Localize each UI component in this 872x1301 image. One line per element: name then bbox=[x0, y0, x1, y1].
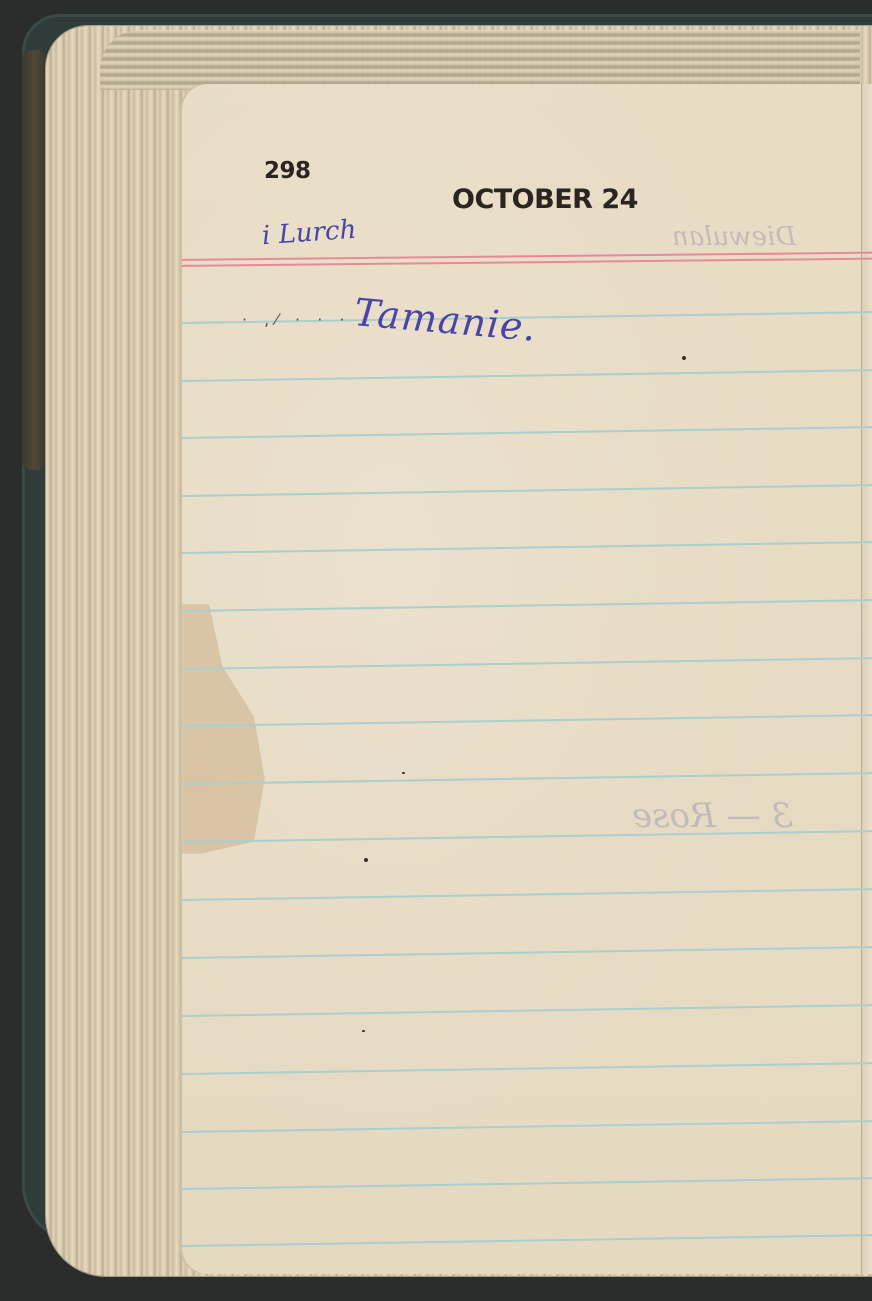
handwritten-top-note: i Lurch bbox=[261, 215, 357, 252]
water-stain bbox=[182, 604, 272, 854]
ruled-line bbox=[182, 426, 872, 439]
page-stack-top-edge bbox=[100, 30, 860, 90]
ruled-line bbox=[182, 541, 872, 554]
ruled-line bbox=[182, 1120, 872, 1133]
ink-speck bbox=[362, 1030, 365, 1032]
page-number: 298 bbox=[264, 158, 311, 184]
ruled-line bbox=[182, 772, 872, 785]
diary-page: 298 OCTOBER 24 Diewulan 3 — Rose i Lurch… bbox=[182, 84, 872, 1274]
ink-speck bbox=[682, 356, 686, 360]
ruled-line bbox=[182, 369, 872, 382]
ruled-line bbox=[182, 1062, 872, 1075]
cover-wear bbox=[22, 50, 46, 470]
ruled-line bbox=[182, 599, 872, 612]
ruled-line bbox=[182, 484, 872, 497]
pencil-marks: · ,⁄ · · · bbox=[242, 310, 350, 329]
ruled-line bbox=[182, 830, 872, 843]
page-gutter-edge bbox=[861, 84, 872, 1274]
bleed-through-text-top: Diewulan bbox=[672, 222, 796, 252]
ink-speck bbox=[364, 858, 368, 862]
ruled-line bbox=[182, 657, 872, 670]
ruled-line bbox=[182, 946, 872, 959]
handwritten-entry: Tamanie. bbox=[352, 290, 538, 350]
ruled-line bbox=[182, 1177, 872, 1190]
ruled-line bbox=[182, 1004, 872, 1017]
bleed-through-text-middle: 3 — Rose bbox=[632, 796, 793, 836]
ink-speck bbox=[402, 772, 405, 774]
ruled-line bbox=[182, 714, 872, 727]
ruled-line bbox=[182, 1234, 872, 1247]
date-heading: OCTOBER 24 bbox=[452, 184, 638, 215]
ruled-line bbox=[182, 888, 872, 901]
